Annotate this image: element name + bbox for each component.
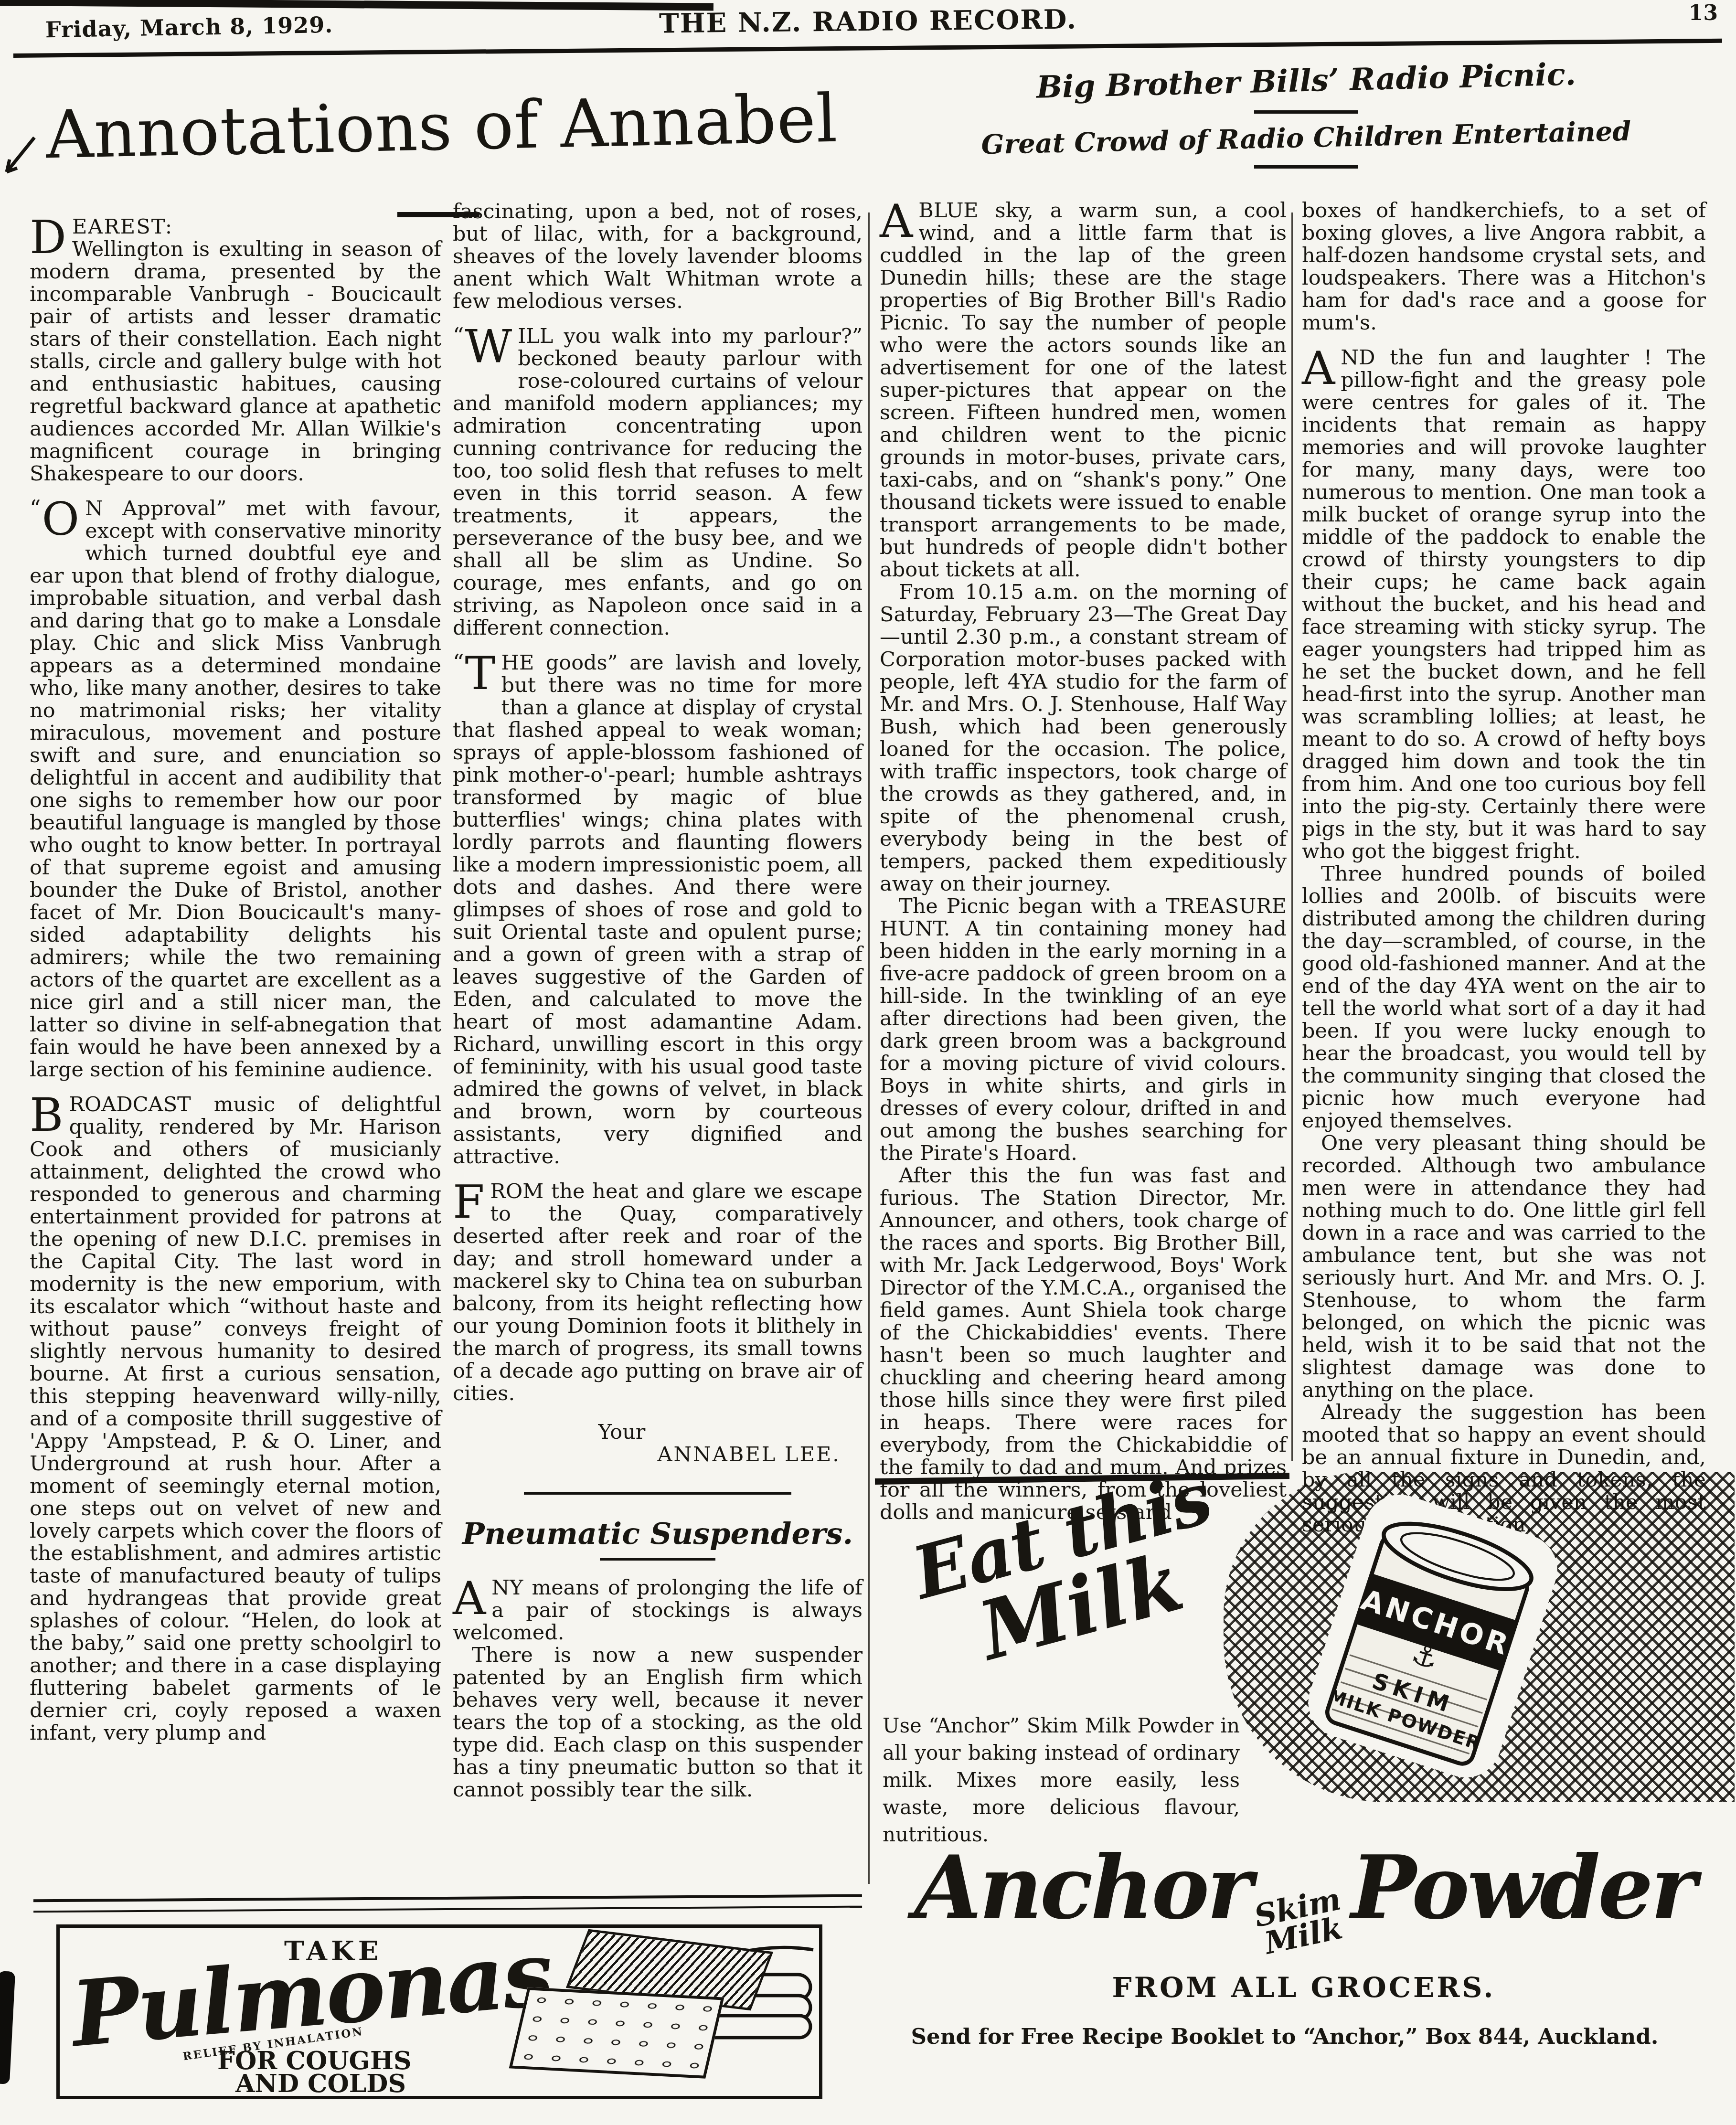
drop-cap: A: [453, 1577, 491, 1617]
scan-artifact: [0, 1971, 15, 2084]
paragraph: DEAREST:Wellington is exulting in season…: [30, 216, 441, 485]
drop-cap-quote: “: [453, 649, 464, 675]
paragraph: ABLUE sky, a warm sun, a cool wind, and …: [880, 200, 1287, 581]
drop-cap: A: [1302, 347, 1341, 387]
skim-milk-script: Skim Milk: [1252, 1885, 1350, 1959]
annabel-continuation: fascinating, upon a bed, not of roses, b…: [453, 201, 863, 1405]
section-divider: [524, 1492, 791, 1495]
signature-block: Your ANNABEL LEE.: [453, 1421, 863, 1466]
drop-cap: “T: [453, 652, 501, 700]
picnic-headline-block: Big Brother Bills’ Radio Picnic. Great C…: [881, 63, 1731, 177]
annabel-article-title: Annotations of Annabel: [33, 80, 851, 174]
column-1: DEAREST:Wellington is exulting in season…: [30, 216, 441, 1744]
pulmonas-brand: Pulmonas: [67, 1921, 555, 2068]
paragraph: FROM the heat and glare we escape to the…: [453, 1180, 863, 1405]
column-rule: [868, 212, 870, 1884]
drop-cap: F: [453, 1180, 490, 1221]
paragraph: The Picnic began with a TREASURE HUNT. A…: [880, 895, 1287, 1165]
drop-cap: “W: [453, 325, 518, 373]
anchor-brand-line: Anchor Skim Milk Powder: [877, 1836, 1732, 1951]
page-number: 13: [1689, 1, 1718, 25]
suspenders-title: Pneumatic Suspenders.: [453, 1522, 863, 1545]
drop-cap: D: [30, 216, 72, 256]
drop-cap-quote: “: [453, 323, 464, 349]
picnic-title-rule: [1254, 110, 1358, 114]
column-2: fascinating, upon a bed, not of roses, b…: [453, 201, 863, 1801]
paragraph: “ON Approval” met with favour, except wi…: [30, 498, 441, 1081]
paragraph: fascinating, upon a bed, not of roses, b…: [453, 201, 863, 313]
column-rule: [1291, 212, 1293, 1461]
anchor-ad-footer: Send for Free Recipe Booklet to “Anchor,…: [841, 2024, 1729, 2049]
powder-text: Powder: [1351, 1836, 1694, 1938]
pen-mark-artifact: [1, 135, 39, 181]
signoff-your: Your: [453, 1421, 863, 1444]
paragraph: One very pleasant thing should be record…: [1302, 1132, 1706, 1402]
paragraph: AND the fun and laughter ! The pillow-fi…: [1302, 347, 1706, 863]
drop-cap: B: [30, 1094, 69, 1134]
suspenders-title-rule: [600, 1558, 715, 1561]
tin-of-pastilles-icon: [509, 1987, 724, 2079]
paragraph: “WILL you walk into my parlour?” beckone…: [453, 325, 863, 639]
drop-cap: A: [880, 200, 918, 240]
grocers-line: FROM ALL GROCERS.: [879, 1971, 1729, 2004]
paragraph: boxes of handkerchiefs, to a set of boxi…: [1302, 200, 1706, 334]
newspaper-page: Friday, March 8, 1929. THE N.Z. RADIO RE…: [0, 0, 1736, 2125]
picnic-subtitle-rule: [1254, 165, 1358, 169]
anchor-brand-name: Anchor: [914, 1836, 1250, 1938]
paragraph: BROADCAST music of delightful quality, r…: [30, 1094, 441, 1744]
anchor-ad-copy: Use “Anchor” Skim Milk Powder in all you…: [883, 1712, 1240, 1848]
signoff-name: ANNABEL LEE.: [453, 1444, 863, 1466]
paragraph: There is now a new suspender patented by…: [453, 1644, 863, 1801]
suspenders-body: ANY means of prolonging the life of a pa…: [453, 1577, 863, 1801]
paragraph: From 10.15 a.m. on the morning of Saturd…: [880, 581, 1287, 895]
paragraph: Three hundred pounds of boiled lollies a…: [1302, 863, 1706, 1132]
pulmonas-line2: AND COLDS: [235, 2069, 406, 2098]
anchor-milk-can-illustration: ANCHOR ⚓ SKIM MILK POWDER: [1289, 1480, 1576, 1796]
paragraph: ANY means of prolonging the life of a pa…: [453, 1577, 863, 1644]
drop-cap-quote: “: [30, 495, 41, 521]
column-3: ABLUE sky, a warm sun, a cool wind, and …: [880, 200, 1287, 1524]
paragraph: “THE goods” are lavish and lovely, but t…: [453, 652, 863, 1168]
paragraph-lead: EAREST:: [72, 215, 173, 239]
picnic-article-title: Big Brother Bills’ Radio Picnic.: [881, 53, 1731, 109]
pulmonas-top-rule: [33, 1894, 862, 1913]
picnic-article-subtitle: Great Crowd of Radio Children Entertaine…: [881, 113, 1732, 162]
pulmonas-ad: TAKE Pulmonas RELIEF BY INHALATION FOR C…: [56, 1924, 822, 2099]
pulmonas-tin-illustration: [510, 1931, 815, 2088]
column-4: boxes of handkerchiefs, to a set of boxi…: [1302, 200, 1706, 1536]
drop-cap: “O: [30, 498, 85, 546]
